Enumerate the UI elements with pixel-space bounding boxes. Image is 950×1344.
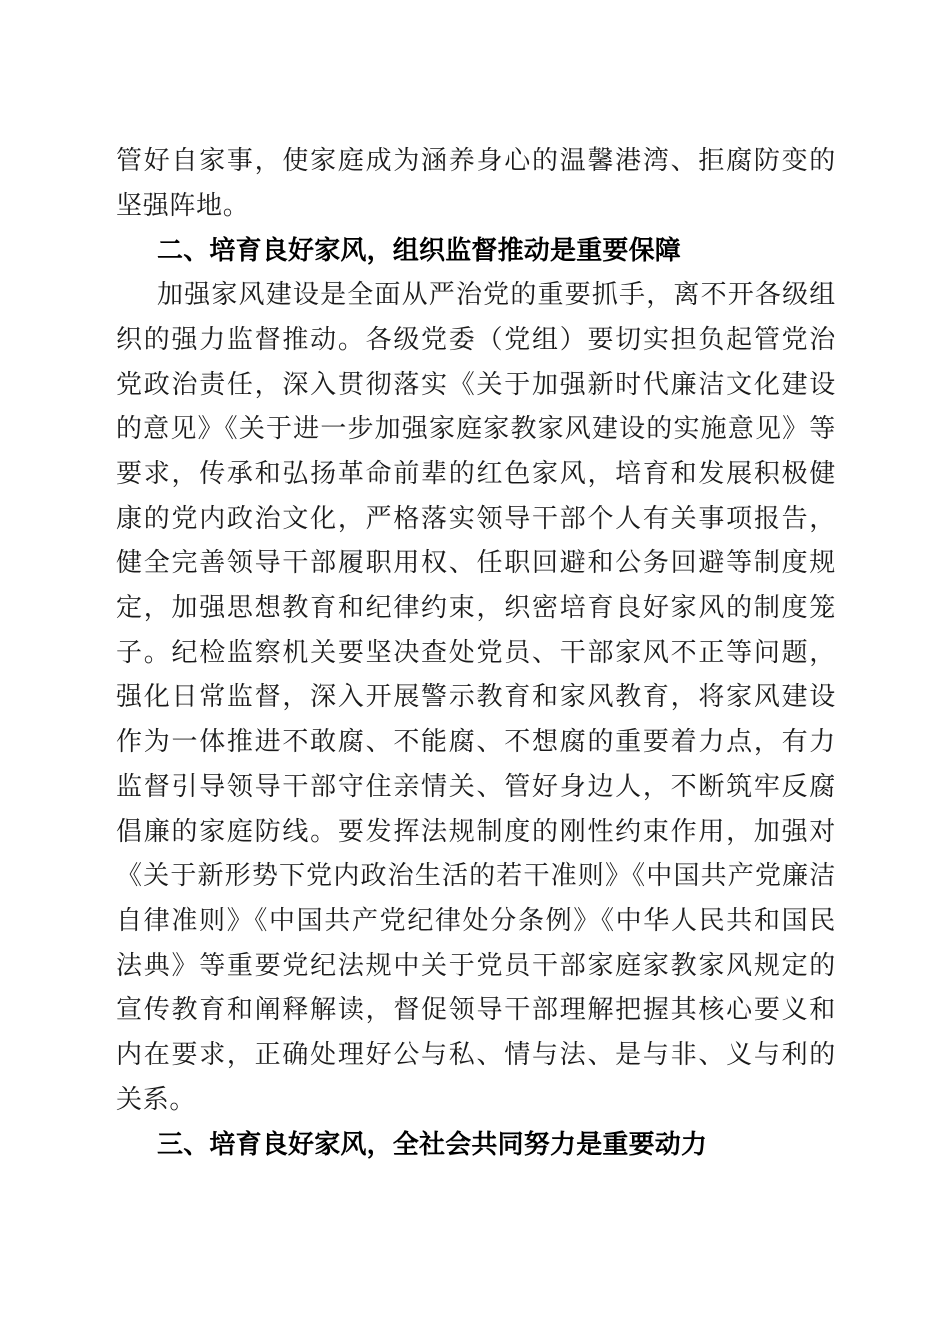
paragraph-continuation: 管好自家事，使家庭成为涵养身心的温馨港湾、拒腐防变的坚强阵地。 xyxy=(116,139,836,228)
section-heading-two: 二、培育良好家风，组织监督推动是重要保障 xyxy=(116,228,836,273)
section-heading-three: 三、培育良好家风，全社会共同努力是重要动力 xyxy=(116,1122,836,1167)
paragraph-section-two: 加强家风建设是全面从严治党的重要抓手，离不开各级组织的强力监督推动。各级党委（党… xyxy=(116,273,836,1122)
document-page: 管好自家事，使家庭成为涵养身心的温馨港湾、拒腐防变的坚强阵地。 二、培育良好家风… xyxy=(0,0,950,1344)
